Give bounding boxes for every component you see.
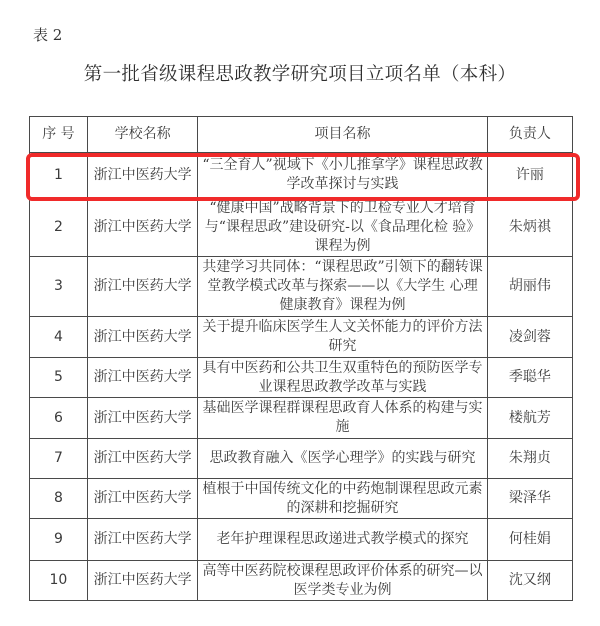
school-name: 浙江中医药大学 — [87, 317, 197, 358]
project-name: 植根于中国传统文化的中药炮制课程思政元素的深耕和挖掘研究 — [198, 479, 487, 519]
leader-name: 凌剑蓉 — [487, 317, 572, 358]
row-number: 7 — [30, 439, 88, 479]
school-name: 浙江中医药大学 — [87, 398, 197, 439]
row-number: 5 — [30, 358, 88, 398]
leader-name: 楼航芳 — [487, 398, 572, 439]
header-leader: 负责人 — [487, 117, 572, 153]
table-row: 10浙江中医药大学高等中医药院校课程思政评价体系的研究—以医学类专业为例沈又纲 — [30, 561, 573, 601]
project-name: 关于提升临床医学生人文关怀能力的评价方法研究 — [198, 317, 487, 358]
project-name: 共建学习共同体：“课程思政”引领下的翻转课堂教学模式改革与探索——以《大学生 心… — [198, 257, 487, 317]
school-name: 浙江中医药大学 — [87, 439, 197, 479]
project-name: 具有中医药和公共卫生双重特色的预防医学专业课程思政教学改革与实践 — [198, 358, 487, 398]
row-number: 9 — [30, 519, 88, 561]
leader-name: 朱翔贞 — [487, 439, 572, 479]
row-number: 2 — [30, 198, 88, 257]
table-row: 1浙江中医药大学“三全育人”视域下《小儿推拿学》课程思政教学改革探讨与实践许丽 — [30, 153, 573, 198]
project-name: 老年护理课程思政递进式教学模式的探究 — [198, 519, 487, 561]
header-number: 序 号 — [30, 117, 88, 153]
table-row: 6浙江中医药大学基础医学课程群课程思政育人体系的构建与实施楼航芳 — [30, 398, 573, 439]
row-number: 4 — [30, 317, 88, 358]
row-number: 1 — [30, 153, 88, 198]
project-name: “三全育人”视域下《小儿推拿学》课程思政教学改革探讨与实践 — [198, 153, 487, 198]
project-list-table: 序 号 学校名称 项目名称 负责人 1浙江中医药大学“三全育人”视域下《小儿推拿… — [29, 116, 573, 601]
project-name: 基础医学课程群课程思政育人体系的构建与实施 — [198, 398, 487, 439]
leader-name: 沈又纲 — [487, 561, 572, 601]
school-name: 浙江中医药大学 — [87, 519, 197, 561]
leader-name: 朱炳祺 — [487, 198, 572, 257]
school-name: 浙江中医药大学 — [87, 257, 197, 317]
row-number: 8 — [30, 479, 88, 519]
school-name: 浙江中医药大学 — [87, 479, 197, 519]
header-project: 项目名称 — [198, 117, 487, 153]
project-name: 高等中医药院校课程思政评价体系的研究—以医学类专业为例 — [198, 561, 487, 601]
project-name: 思政教育融入《医学心理学》的实践与研究 — [198, 439, 487, 479]
school-name: 浙江中医药大学 — [87, 198, 197, 257]
row-number: 10 — [30, 561, 88, 601]
table-label: 表 2 — [33, 24, 62, 45]
leader-name: 胡丽伟 — [487, 257, 572, 317]
school-name: 浙江中医药大学 — [87, 358, 197, 398]
table-row: 9浙江中医药大学老年护理课程思政递进式教学模式的探究何桂娟 — [30, 519, 573, 561]
project-name: “健康中国”战略背景下的卫检专业人才培育与“课程思政”建设研究-以《食品理化检 … — [198, 198, 487, 257]
leader-name: 许丽 — [487, 153, 572, 198]
table-row: 8浙江中医药大学植根于中国传统文化的中药炮制课程思政元素的深耕和挖掘研究梁泽华 — [30, 479, 573, 519]
leader-name: 何桂娟 — [487, 519, 572, 561]
table-row: 5浙江中医药大学具有中医药和公共卫生双重特色的预防医学专业课程思政教学改革与实践… — [30, 358, 573, 398]
row-number: 3 — [30, 257, 88, 317]
table-row: 2浙江中医药大学“健康中国”战略背景下的卫检专业人才培育与“课程思政”建设研究-… — [30, 198, 573, 257]
row-number: 6 — [30, 398, 88, 439]
document-title: 第一批省级课程思政教学研究项目立项名单（本科） — [0, 60, 600, 86]
leader-name: 季聪华 — [487, 358, 572, 398]
leader-name: 梁泽华 — [487, 479, 572, 519]
table-row: 3浙江中医药大学共建学习共同体：“课程思政”引领下的翻转课堂教学模式改革与探索—… — [30, 257, 573, 317]
table-row: 7浙江中医药大学思政教育融入《医学心理学》的实践与研究朱翔贞 — [30, 439, 573, 479]
school-name: 浙江中医药大学 — [87, 561, 197, 601]
table-row: 4浙江中医药大学关于提升临床医学生人文关怀能力的评价方法研究凌剑蓉 — [30, 317, 573, 358]
header-school: 学校名称 — [87, 117, 197, 153]
school-name: 浙江中医药大学 — [87, 153, 197, 198]
table-header-row: 序 号 学校名称 项目名称 负责人 — [30, 117, 573, 153]
